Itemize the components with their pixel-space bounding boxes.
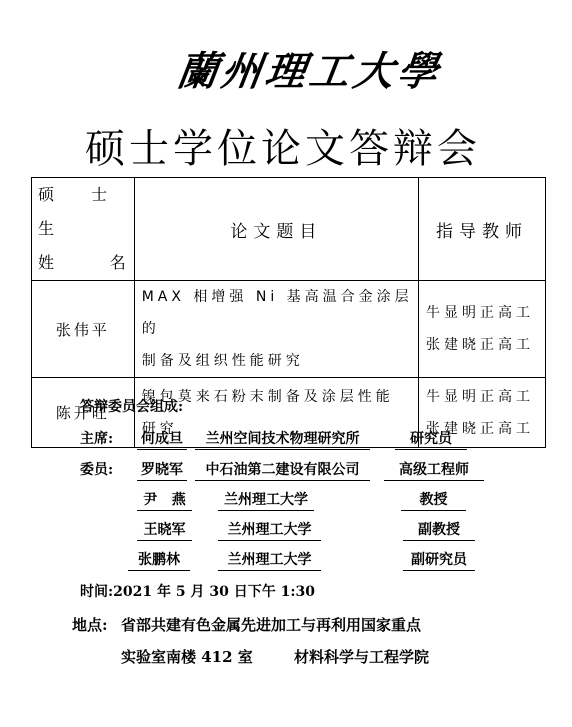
page-title: 硕士学位论文答辩会 bbox=[85, 117, 481, 174]
location-room: 实验室南楼 412 室 bbox=[121, 646, 253, 667]
table-header-row: 硕 士 生 姓名 论文题目 指导教师 bbox=[32, 178, 546, 281]
header-thesis-topic: 论文题目 bbox=[134, 178, 418, 281]
member-name: 王晓军 bbox=[137, 519, 192, 541]
chair-title: 研究员 bbox=[395, 428, 467, 450]
member-affiliation: 兰州理工大学 bbox=[218, 519, 321, 541]
location-line1: 省部共建有色金属先进加工与再利用国家重点 bbox=[121, 614, 421, 635]
member-title: 教授 bbox=[401, 489, 466, 511]
member-affiliation: 兰州理工大学 bbox=[218, 489, 314, 511]
member-title: 副教授 bbox=[403, 519, 475, 541]
member-name: 张鹏林 bbox=[128, 549, 190, 571]
location-school: 材料科学与工程学院 bbox=[294, 646, 429, 667]
member-affiliation: 兰州理工大学 bbox=[218, 549, 321, 571]
header-advisor: 指导教师 bbox=[419, 178, 546, 281]
chair-affiliation: 兰州空间技术物理研究所 bbox=[195, 428, 370, 450]
member-title: 高级工程师 bbox=[384, 459, 484, 481]
member-name: 尹 燕 bbox=[137, 489, 192, 511]
chair-name: 何成旦 bbox=[137, 428, 187, 450]
member-name: 罗晓军 bbox=[137, 459, 187, 481]
member-title: 副研究员 bbox=[403, 549, 475, 571]
student-name: 张伟平 bbox=[32, 281, 135, 378]
time-row: 时间:2021 年 5 月 30 日下午 1:30 bbox=[80, 581, 315, 601]
location-label: 地点: bbox=[72, 614, 108, 635]
advisors: 牛显明正高工 张建晓正高工 bbox=[419, 281, 546, 378]
member-label: 委员: bbox=[80, 459, 113, 479]
committee-heading: 答辩委员会组成: bbox=[80, 396, 183, 416]
thesis-topic: MAX 相增强 Ni 基高温合金涂层的 制备及组织性能研究 bbox=[134, 281, 418, 378]
time-label: 时间: bbox=[80, 584, 113, 600]
header-student-name: 硕 士 生 姓名 bbox=[32, 178, 135, 281]
chair-label: 主席: bbox=[80, 428, 113, 448]
table-row: 张伟平 MAX 相增强 Ni 基高温合金涂层的 制备及组织性能研究 牛显明正高工… bbox=[32, 281, 546, 378]
university-logo: 蘭州理工大學 bbox=[174, 40, 446, 97]
member-affiliation: 中石油第二建设有限公司 bbox=[195, 459, 370, 481]
chair-row: 何成旦 bbox=[137, 428, 187, 450]
time-value: 2021 年 5 月 30 日下午 1:30 bbox=[113, 584, 315, 600]
